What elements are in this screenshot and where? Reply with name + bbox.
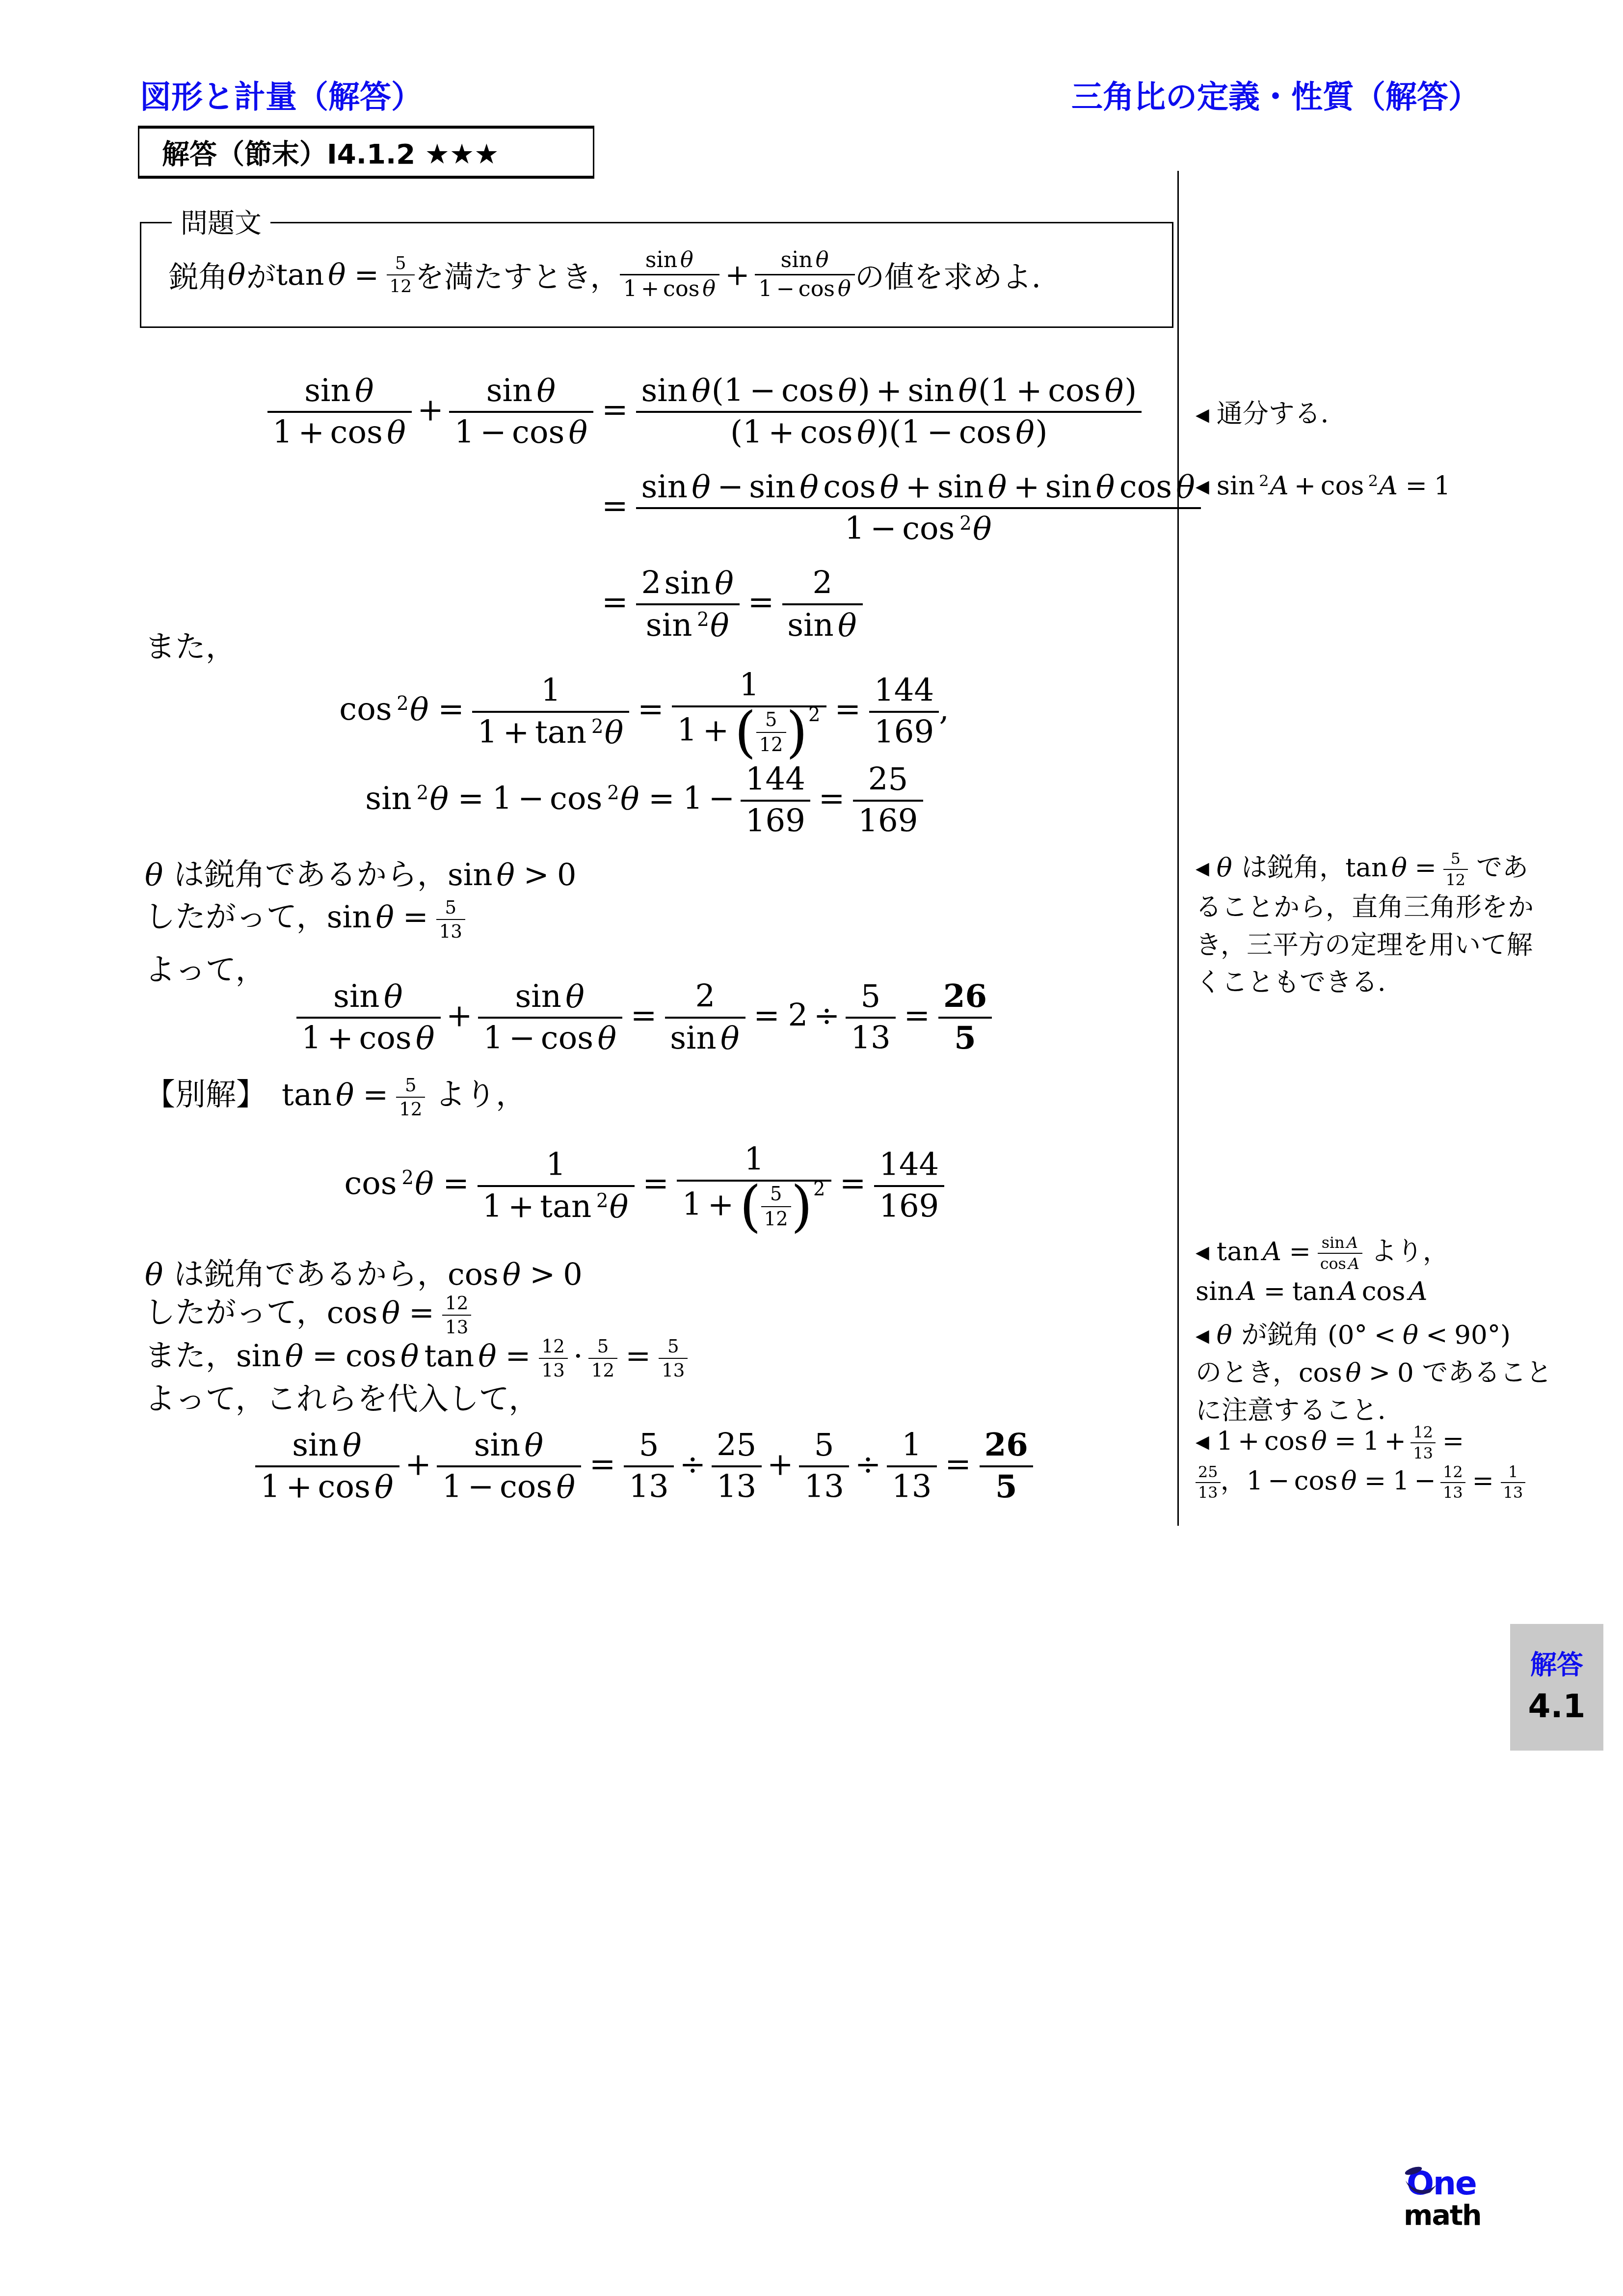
- badge-label: 解答: [1530, 1652, 1583, 1678]
- document-page: 図形と計量（解答） 三角比の定義・性質（解答） 解答（節末）I4.1.2 ★★★…: [0, 0, 1623, 2296]
- equation-cos2-theta: cos2θ=11+tan2θ=11+(512)2=144169,: [142, 668, 1146, 756]
- answer-badge: 解答 4.1: [1510, 1624, 1603, 1751]
- body-line-mata: また，: [145, 622, 236, 666]
- body-line-yotte2: よって，これらを代入して，: [145, 1375, 539, 1418]
- header-left-title: 図形と計量（解答）: [140, 72, 423, 117]
- equation-1-rhs-3: =2sinθsin2θ=2sinθ: [593, 566, 862, 643]
- equation-1-lhs: sinθ1+cosθ+sinθ1−cosθ: [267, 373, 593, 451]
- equation-result-2: sinθ1+cosθ+sinθ1−cosθ=513÷2513+513÷113=2…: [142, 1428, 1146, 1505]
- margin-note-tan-definition: ◀tanA=sinAcosA より，sinA=tanAcosA: [1196, 1233, 1569, 1311]
- margin-note-common-denominator: ◀通分する．: [1196, 396, 1569, 433]
- equation-1-rhs-2: =sinθ−sinθcosθ+sinθ+sinθcosθ1−cos2θ: [593, 469, 1201, 547]
- problem-label: 問題文: [172, 206, 270, 240]
- equation-block-1: sinθ1+cosθ+sinθ1−cosθ =sinθ(1−cosθ)+sinθ…: [267, 373, 1201, 644]
- margin-note-acute-range: ◀θ が鋭角 (0°<θ<90°)のとき，cosθ>0 であることに注意すること…: [1196, 1317, 1569, 1430]
- logo-math-text: math: [1404, 2199, 1481, 2232]
- margin-note-one-plus-cos: ◀1+cosθ=1+1213=2513，1−cosθ=1−1213=113: [1196, 1423, 1569, 1502]
- body-line-therefore-cos: したがって，cosθ=1213: [145, 1288, 471, 1338]
- onemath-logo: One math: [1403, 2164, 1501, 2238]
- section-title-text: 解答（節末）I4.1.2 ★★★: [162, 133, 499, 172]
- body-line-therefore-sin: したがって，sinθ=513: [145, 892, 465, 942]
- body-line-acute-cos: θ は鋭角であるから，cosθ>0: [145, 1250, 583, 1294]
- equation-cos2-theta-alt: cos2θ=11+tan2θ=11+(512)2=144169: [142, 1142, 1146, 1230]
- body-line-mata-sin: また，sinθ=cosθtanθ=1213·512=513: [145, 1331, 688, 1381]
- problem-text: 鋭角 θ が tanθ=512 を満たすとき，sinθ1+cosθ+sinθ1−…: [141, 223, 1172, 326]
- body-line-alternative: 【別解】tanθ=512 より，: [145, 1070, 526, 1120]
- body-line-acute-sin: θ は鋭角であるから，sinθ>0: [145, 850, 576, 894]
- problem-box: 問題文 鋭角 θ が tanθ=512 を満たすとき，sinθ1+cosθ+si…: [140, 222, 1173, 328]
- margin-note-identity: ◀sin2A+cos2A=1: [1196, 467, 1569, 505]
- section-title-box: 解答（節末）I4.1.2 ★★★: [138, 126, 594, 179]
- equation-1-rhs-1: =sinθ(1−cosθ)+sinθ(1+cosθ)(1+cosθ)(1−cos…: [593, 373, 1142, 451]
- header-right-title: 三角比の定義・性質（解答）: [1071, 72, 1480, 117]
- badge-number: 4.1: [1528, 1690, 1586, 1723]
- margin-note-right-triangle: ◀θ は鋭角，tanθ=512 であることから，直角三角形をかき，三平方の定理を…: [1196, 849, 1569, 1002]
- equation-result-1: sinθ1+cosθ+sinθ1−cosθ=2sinθ=2÷513=265: [142, 979, 1146, 1056]
- equation-sin2-theta: sin2θ=1−cos2θ=1−144169=25169: [142, 762, 1146, 839]
